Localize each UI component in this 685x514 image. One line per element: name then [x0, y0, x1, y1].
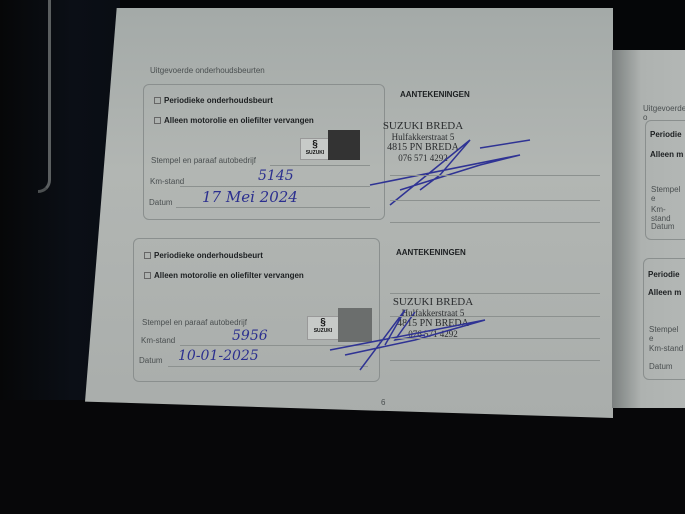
date-label: Datum	[139, 356, 163, 365]
km-value: 5956	[232, 328, 268, 344]
stamp-label: Stempel en paraaf autobedrijf	[142, 318, 247, 327]
checkbox-icon[interactable]	[144, 272, 151, 279]
checkbox-icon[interactable]	[154, 97, 161, 104]
option-periodic[interactable]: Periodieke onderhoudsbeurt	[144, 251, 263, 260]
signature	[325, 290, 505, 375]
stamp-label: Stempel en paraaf autobedrijf	[151, 156, 256, 165]
date-value: 10-01-2025	[178, 348, 259, 364]
suzuki-logo: §SUZUKI	[300, 138, 330, 160]
door-frame	[38, 0, 51, 193]
signature	[360, 130, 560, 210]
date-label: Datum	[149, 198, 173, 207]
car-floor	[0, 400, 685, 514]
page-number: 6	[381, 398, 385, 407]
checkbox-icon[interactable]	[144, 252, 151, 259]
checkbox-icon[interactable]	[154, 117, 161, 124]
option-oil[interactable]: Alleen motorolie en oliefilter vervangen	[154, 116, 314, 125]
km-label: Km-stand	[150, 177, 184, 186]
km-value: 5145	[258, 168, 294, 184]
date-value: 17 Mei 2024	[202, 188, 298, 206]
notes-title: AANTEKENINGEN	[400, 90, 470, 99]
page-header: Uitgevoerde onderhoudsbeurten	[150, 66, 265, 75]
option-oil[interactable]: Alleen motorolie en oliefilter vervangen	[144, 271, 304, 280]
notes-title: AANTEKENINGEN	[396, 248, 466, 257]
stamp-image	[328, 130, 360, 160]
option-periodic[interactable]: Periodieke onderhoudsbeurt	[154, 96, 273, 105]
km-label: Km-stand	[141, 336, 175, 345]
